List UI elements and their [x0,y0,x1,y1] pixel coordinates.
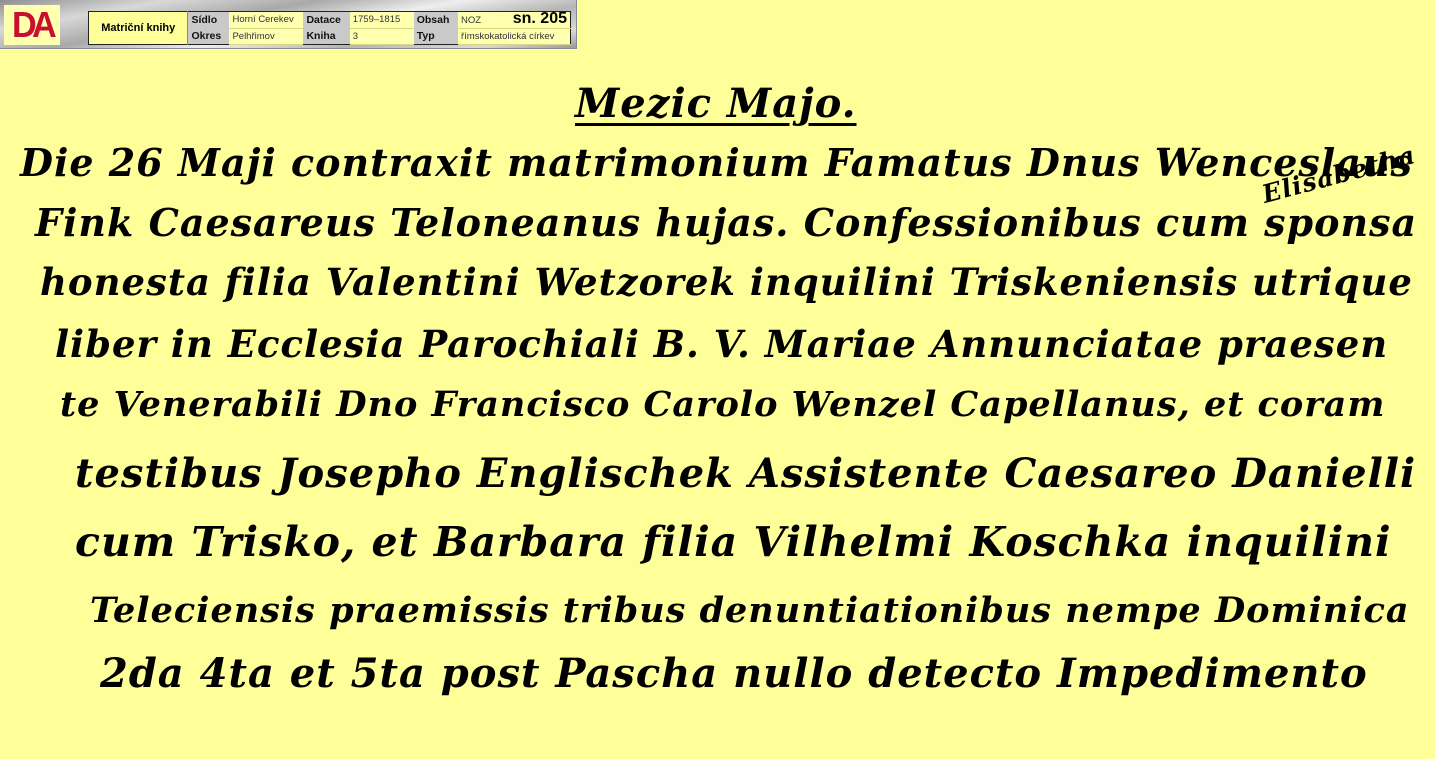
manuscript-line-9: 2da 4ta et 5ta post Pascha nullo detecto… [100,650,1368,697]
record-metadata-table: Matriční knihy Sídlo Horní Cerekev Datac… [88,11,571,45]
typ-label: Typ [414,29,458,45]
manuscript-heading: Mezic Majo. [575,80,857,127]
archive-header-banner: DA Matriční knihy Sídlo Horní Cerekev Da… [0,0,577,49]
kniha-label: Kniha [303,29,349,45]
manuscript-line-7: cum Trisko, et Barbara filia Vilhelmi Ko… [75,518,1392,566]
okres-label: Okres [188,29,229,45]
manuscript-line-2: Fink Caesareus Teloneanus hujas. Confess… [35,200,1417,245]
okres-value: Pelhřimov [229,29,303,45]
manuscript-line-5: te Venerabili Dno Francisco Carolo Wenze… [60,384,1385,425]
archive-logo: DA [4,5,60,45]
obsah-label: Obsah [414,12,458,29]
manuscript-line-3: honesta filia Valentini Wetzorek inquili… [40,260,1413,304]
sidlo-value: Horní Cerekev [229,12,303,29]
datace-value: 1759–1815 [350,12,414,29]
manuscript-line-4: liber in Ecclesia Parochiali B. V. Maria… [55,322,1388,366]
obsah-value: NOZ [461,14,481,28]
manuscript-line-8: Teleciensis praemissis tribus denuntiati… [90,590,1410,631]
obsah-cell: NOZ sn. 205 [458,12,571,29]
sidlo-label: Sídlo [188,12,229,29]
manuscript-line-6: testibus Josepho Englischek Assistente C… [75,450,1416,497]
typ-value: římskokatolická církev [458,29,571,45]
manuscript-line-1: Die 26 Maji contraxit matrimonium Famatu… [20,140,1413,185]
logo-text: DA [12,7,52,43]
datace-label: Datace [303,12,349,29]
manuscript-page: Mezic Majo. Die 26 Maji contraxit matrim… [0,60,1435,759]
scan-number: sn. 205 [513,12,567,26]
collection-title: Matriční knihy [89,12,188,45]
kniha-value: 3 [350,29,414,45]
